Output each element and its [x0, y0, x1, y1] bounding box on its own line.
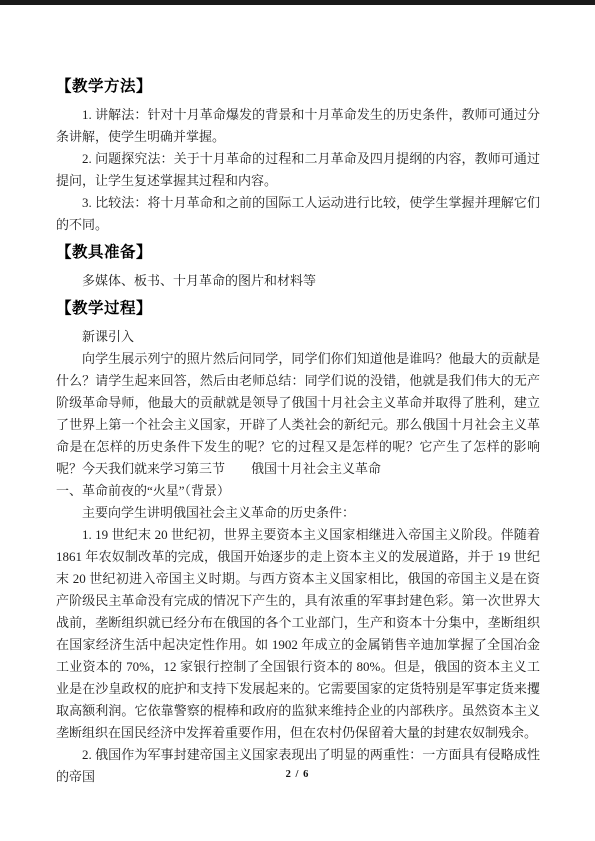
document-page: 【教学方法】1. 讲解法：针对十月革命爆发的背景和十月革命发生的历史条件，教师可… [56, 70, 540, 788]
section-heading-teaching-aids: 【教具准备】 [56, 242, 540, 264]
paragraph-condition-2: 2. 俄国作为军事封建帝国主义国家表现出了明显的两重性：一方面具有侵略成性的帝国 [56, 744, 540, 788]
paragraph-topic-1-lead: 主要向学生讲明俄国社会主义革命的历史条件： [56, 502, 540, 524]
section-heading-teaching-process: 【教学过程】 [56, 298, 540, 320]
section-heading-teaching-methods: 【教学方法】 [56, 76, 540, 98]
paragraph-lesson-intro: 向学生展示列宁的照片然后问同学，同学们你们知道他是谁吗？他最大的贡献是什么？请学… [56, 348, 540, 480]
paragraph-teaching-aids: 多媒体、板书、十月革命的图片和材料等 [56, 270, 540, 292]
paragraph-new-lesson-label: 新课引入 [56, 326, 540, 348]
paragraph-method-2: 2. 问题探究法：关于十月革命的过程和二月革命及四月提纲的内容，教师可通过提问，… [56, 148, 540, 192]
page-number: 2 / 6 [0, 769, 595, 780]
top-bar [0, 0, 595, 5]
paragraph-topic-1-title: 一、革命前夜的“火星”（背景） [56, 480, 540, 502]
paragraph-method-1: 1. 讲解法：针对十月革命爆发的背景和十月革命发生的历史条件，教师可通过分条讲解… [56, 104, 540, 148]
paragraph-condition-1: 1. 19 世纪末 20 世纪初，世界主要资本主义国家相继进入帝国主义阶段。伴随… [56, 524, 540, 744]
paragraph-method-3: 3. 比较法：将十月革命和之前的国际工人运动进行比较，使学生掌握并理解它们的不同… [56, 192, 540, 236]
